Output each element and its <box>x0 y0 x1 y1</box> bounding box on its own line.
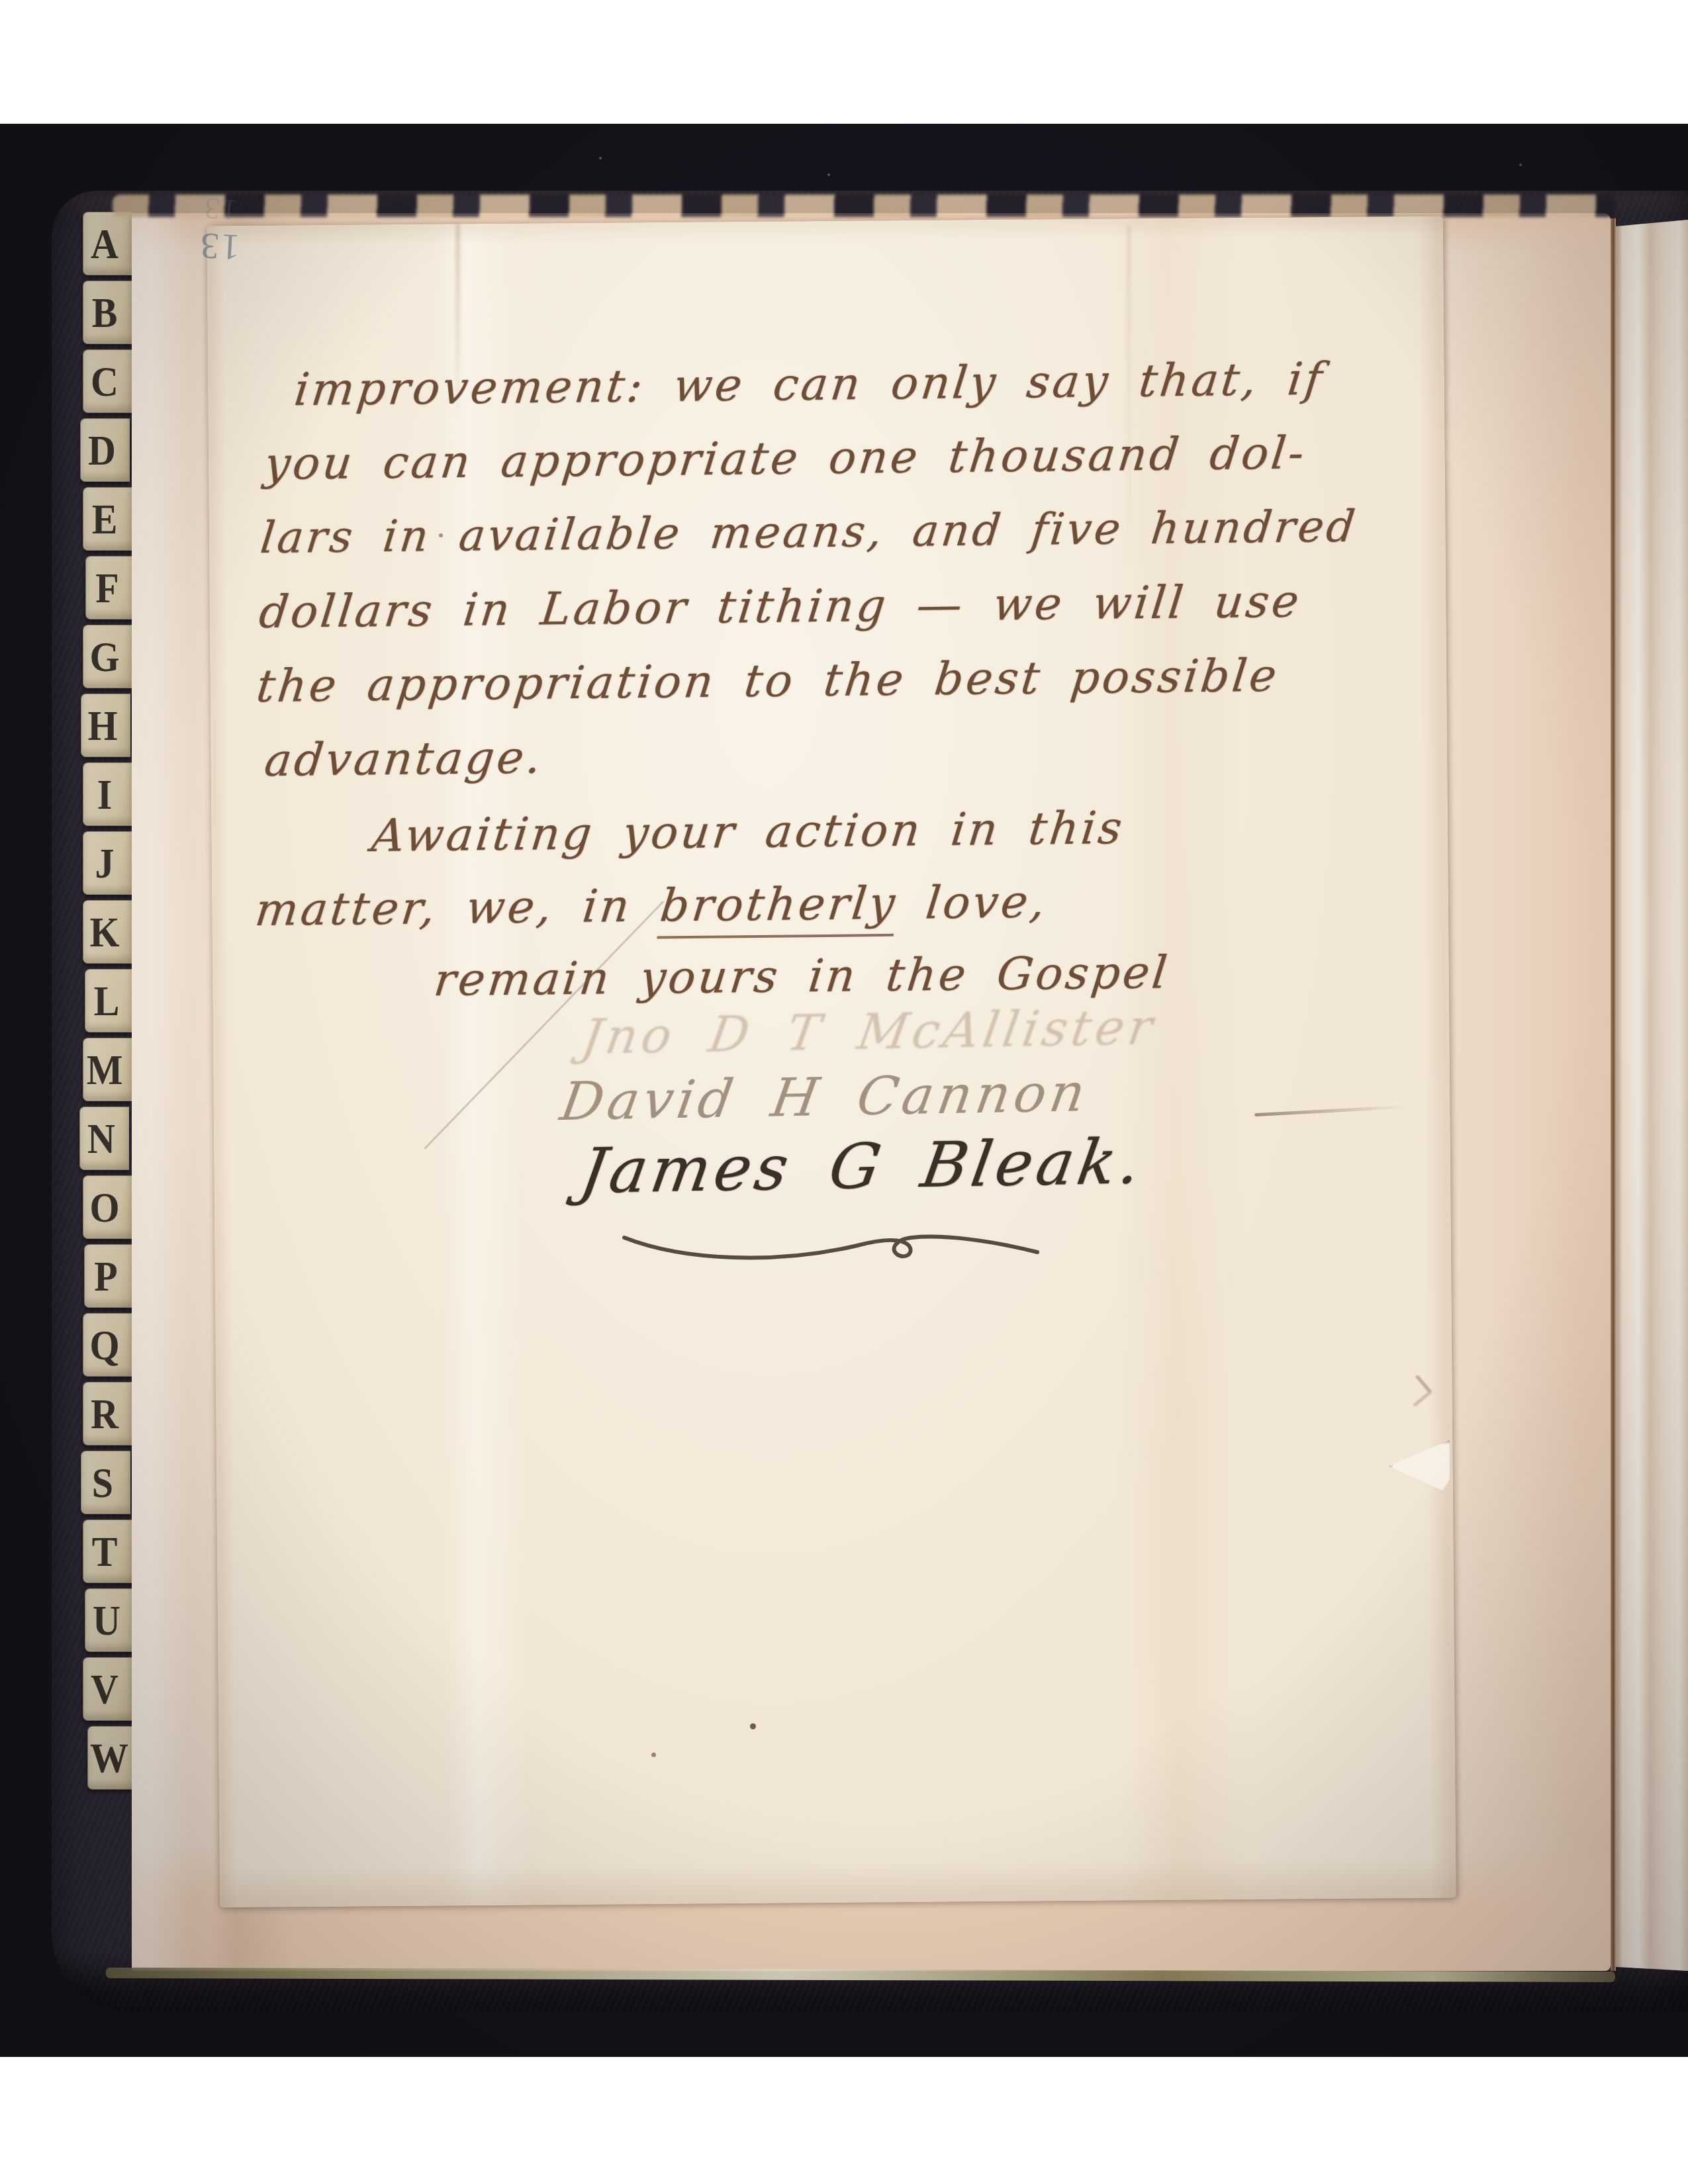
letter-line-9: remain yours in the Gospel <box>432 950 1172 1003</box>
index-tab-l: L <box>85 969 134 1032</box>
index-tab-label: M <box>83 1046 126 1093</box>
dust-speck <box>599 157 602 159</box>
letter-line-7: Awaiting your action in this <box>369 806 1127 859</box>
index-tab-p: P <box>84 1244 134 1308</box>
ink-speck <box>651 1752 656 1757</box>
ink-speck <box>750 1723 756 1729</box>
letter-line-8-underlined-word: brotherly <box>657 878 900 939</box>
index-tab-label: G <box>83 633 126 680</box>
index-tab-t: T <box>83 1520 132 1583</box>
signature-cannon: David H Cannon <box>557 1062 1094 1132</box>
index-tab-label: U <box>85 1596 128 1644</box>
index-tab-label: R <box>83 1390 126 1437</box>
index-tab-s: S <box>81 1451 130 1514</box>
index-tab-j: J <box>83 831 132 895</box>
letter-line-8: matter, we, in brotherly love, <box>253 880 1050 933</box>
bleed-through-page-number-ghost: 13 <box>201 190 238 228</box>
index-tab-e: E <box>83 487 132 551</box>
torn-page-top-edge <box>113 195 1615 217</box>
letter-line-8-post: love, <box>894 876 1051 929</box>
dust-speck <box>1519 163 1522 166</box>
index-tab-label: T <box>83 1527 126 1575</box>
index-tab-label: S <box>81 1459 124 1506</box>
index-tab-k: K <box>83 900 132 964</box>
index-tab-i: I <box>83 762 132 826</box>
index-tab-label: I <box>83 770 126 818</box>
letter-line-4: dollars in Labor tithing — we will use <box>257 580 1303 635</box>
index-tab-r: R <box>83 1382 132 1445</box>
index-tab-label: A <box>83 220 126 267</box>
bleed-through-page-number: 13 <box>197 224 240 268</box>
index-tab-b: B <box>83 281 132 344</box>
letter-line-5: the appropriation to the best possible <box>254 654 1281 709</box>
letter-line-2: you can appropriate one thousand dol- <box>262 432 1309 487</box>
index-tab-c: C <box>83 349 132 413</box>
index-tab-label: B <box>83 289 126 336</box>
index-tab-label: F <box>86 564 128 612</box>
index-tab-w: W <box>87 1726 137 1790</box>
index-tab-label: Q <box>83 1321 126 1369</box>
index-tab-label: V <box>83 1665 126 1713</box>
index-tab-label: E <box>83 495 126 543</box>
letter-line-3: lars in available means, and five hundre… <box>258 505 1360 560</box>
index-tab-d: D <box>80 418 130 482</box>
index-tab-label: N <box>80 1115 122 1162</box>
index-tab-n: N <box>79 1107 129 1170</box>
index-tab-o: O <box>83 1175 132 1239</box>
letter-line-1: improvement: we can only say that, if <box>292 357 1327 413</box>
index-tab-label: D <box>81 426 123 474</box>
dust-speck <box>827 173 830 176</box>
index-tab-label: K <box>83 908 126 956</box>
signature-bleak-flourish <box>619 1218 1043 1265</box>
index-tab-label: H <box>81 702 124 749</box>
index-tab-label: P <box>85 1252 127 1300</box>
index-tab-h: H <box>81 694 130 757</box>
letter-line-6: advantage. <box>262 736 545 784</box>
signature-mcallister: Jno D T McAllister <box>578 999 1160 1066</box>
right-page-stack <box>1616 220 1688 1971</box>
signature-bleak: James G Bleak. <box>575 1126 1149 1208</box>
index-tab-label: C <box>83 357 126 405</box>
index-tab-g: G <box>83 625 132 688</box>
index-tab-q: Q <box>83 1313 132 1377</box>
index-tab-a: A <box>83 212 132 275</box>
index-tab-u: U <box>85 1588 134 1652</box>
index-tab-m: M <box>83 1038 132 1101</box>
letter-line-8-pre: matter, we, in <box>253 880 664 936</box>
index-tab-f: F <box>85 556 135 619</box>
index-tab-v: V <box>83 1657 132 1721</box>
fore-edge-seam <box>1611 218 1616 1971</box>
index-tab-label: W <box>88 1734 130 1782</box>
ink-speck <box>439 533 443 537</box>
index-tab-label: J <box>83 839 126 887</box>
index-tab-label: L <box>85 977 128 1024</box>
index-tab-label: O <box>83 1183 126 1231</box>
